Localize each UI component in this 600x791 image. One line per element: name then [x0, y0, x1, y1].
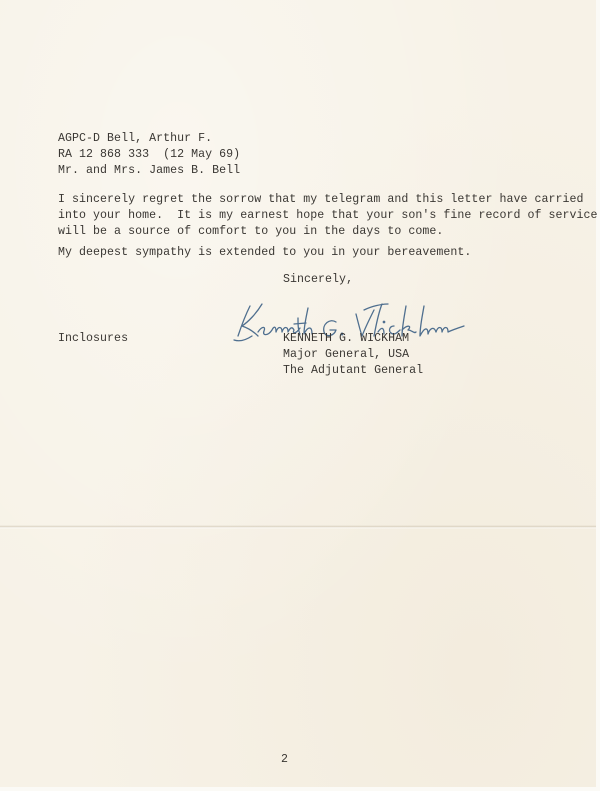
body-line: into your home. It is my earnest hope th… [58, 208, 598, 224]
body-line: will be a source of comfort to you in th… [58, 224, 443, 240]
body-line: I sincerely regret the sorrow that my te… [58, 192, 584, 208]
signer-title: The Adjutant General [283, 363, 423, 379]
recipient-line: Mr. and Mrs. James B. Bell [58, 163, 240, 179]
inclosures-label: Inclosures [58, 331, 128, 347]
signer-rank: Major General, USA [283, 347, 409, 363]
sympathy-line: My deepest sympathy is extended to you i… [58, 245, 471, 261]
closing-salutation: Sincerely, [283, 272, 353, 288]
reference-file-line: AGPC-D Bell, Arthur F. [58, 131, 212, 147]
reference-service-number-line: RA 12 868 333 (12 May 69) [58, 147, 240, 163]
page-number: 2 [281, 753, 288, 766]
signer-name: KENNETH G. WICKHAM [283, 331, 409, 347]
letter-page: AGPC-D Bell, Arthur F. RA 12 868 333 (12… [0, 0, 596, 787]
paper-fold-line [0, 525, 596, 529]
